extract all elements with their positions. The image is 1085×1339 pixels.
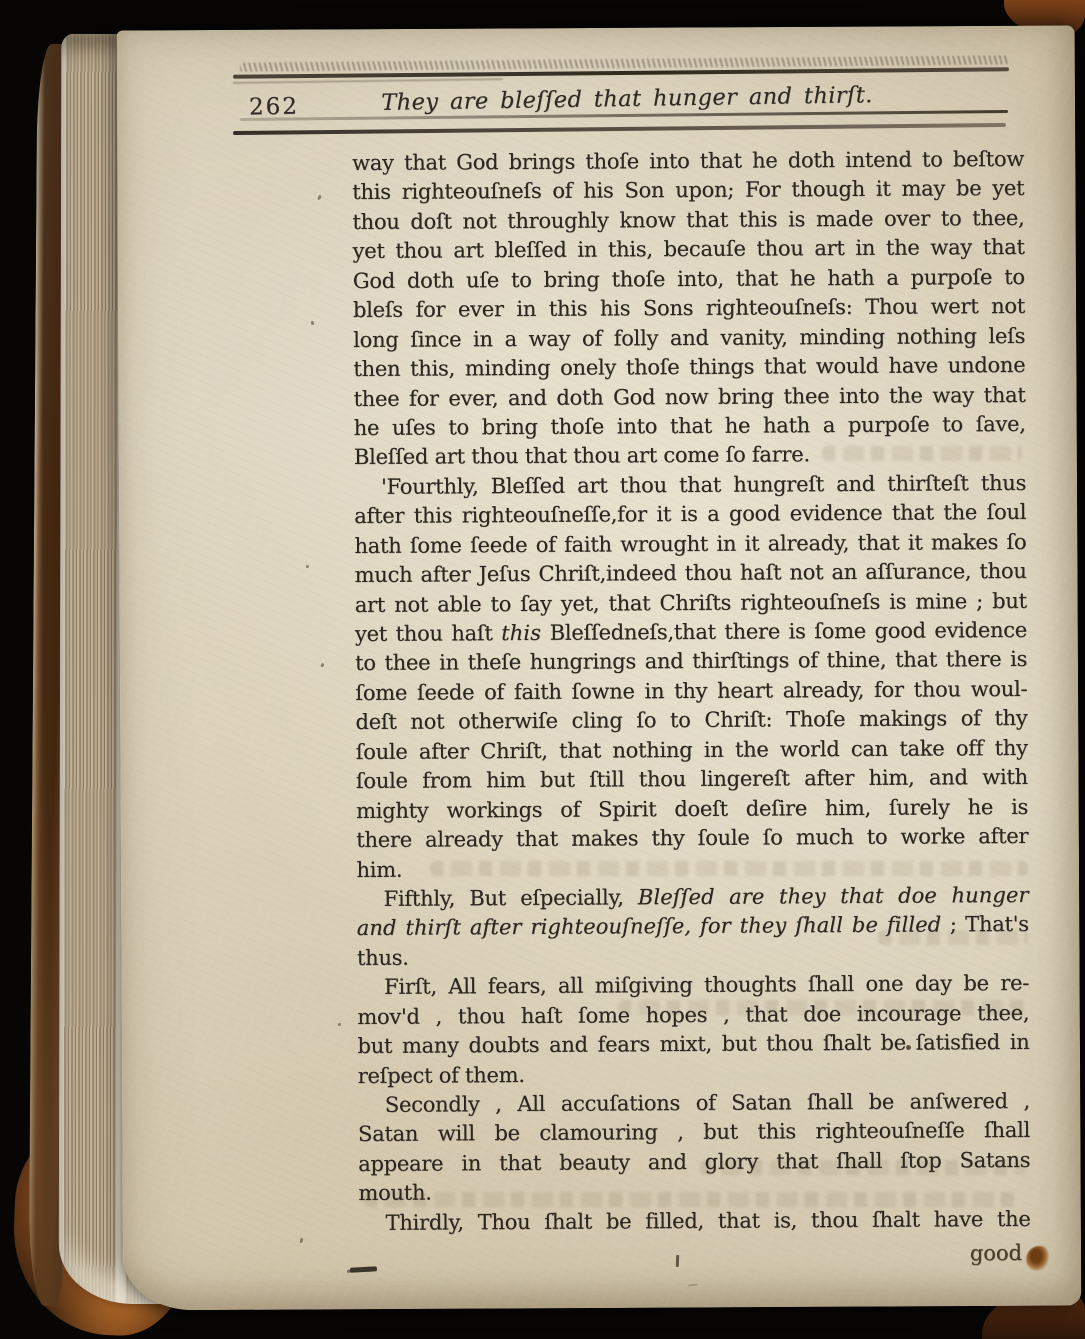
catchword: good [352, 1241, 1022, 1269]
text-segment: Secondly , All accuſations of Satan ſhal… [385, 1089, 1030, 1117]
ink-dot [906, 1045, 911, 1050]
text-line: him. [356, 851, 1028, 885]
text-segment: art not able to ſay yet, that Chriſts ri… [355, 588, 1027, 616]
text-segment: God doth uſe to bring thoſe into, that h… [353, 265, 1025, 293]
text-line: hath ſome ſeede of faith wrought in it a… [354, 528, 1026, 562]
text-line: and thirſt after righteouſneſſe, for the… [357, 910, 1029, 944]
text-segment: Bleſſedneſs,that there is ſome good evid… [541, 618, 1027, 645]
text-line: Fifthly, But eſpecially, Bleſſed are the… [356, 881, 1028, 915]
text-line: but many doubts and fears mixt, but thou… [357, 1028, 1029, 1062]
text-line: art not able to ſay yet, that Chriſts ri… [355, 586, 1027, 620]
text-segment: way that God brings thoſe into that he d… [352, 147, 1024, 175]
text-segment: Thirdly, Thou ſhalt be filled, that is, … [385, 1207, 1030, 1235]
text-segment: 'Fourthly, Bleſſed art thou that hungreſ… [381, 471, 1026, 499]
text-segment: this righteouſneſs of his Son upon; For … [352, 176, 1024, 204]
text-line: after this righteouſneſſe,for it is a go… [354, 498, 1026, 532]
text-line: thus. [357, 940, 1029, 974]
text-segment: much after Jeſus Chriſt,indeed thou haſt… [355, 559, 1027, 587]
text-line: 'Fourthly, Bleſſed art thou that hungreſ… [354, 469, 1026, 503]
text-line: much after Jeſus Chriſt,indeed thou haſt… [355, 557, 1027, 591]
text-line: Firſt, All fears, all miſgiving thoughts… [357, 969, 1029, 1003]
text-line: bleſs for ever in this his Sons righteou… [353, 292, 1025, 326]
text-segment: ; That's [941, 912, 1029, 937]
text-segment: appeare in that beauty and glory that ſh… [358, 1148, 1030, 1176]
text-line: yet thou art bleſſed in this, becauſe th… [353, 233, 1025, 267]
text-segment: mighty workings of Spirit doeſt deſire h… [356, 795, 1028, 823]
text-segment: thou doſt not throughly know that this i… [352, 206, 1024, 234]
text-segment: thus. [357, 945, 409, 969]
text-line: ſome ſeede of faith ſowne in thy heart a… [355, 675, 1027, 709]
text-segment: ſome ſeede of faith ſowne in thy heart a… [355, 677, 1027, 705]
italic-text-segment: and thirſt after righteouſneſſe, for the… [357, 913, 942, 941]
text-line: ſoule from him but ſtill thou lingereſt … [356, 763, 1028, 797]
book-photograph: 262 They are bleſſed that hunger and thi… [0, 0, 1085, 1339]
text-line: deſt not otherwiſe cling ſo to Chriſt: T… [355, 704, 1027, 738]
text-line: Satan will be clamouring , but this righ… [358, 1116, 1030, 1150]
text-line: ſoule after Chriſt, that nothing in the … [356, 734, 1028, 768]
text-line: there already that makes thy ſoule ſo mu… [356, 822, 1028, 856]
text-line: he uſes to bring thoſe into that he hath… [354, 410, 1026, 444]
text-line: to thee in theſe hungrings and thirſting… [355, 645, 1027, 679]
text-line: way that God brings thoſe into that he d… [352, 145, 1024, 179]
text-segment: reſpect of them. [358, 1063, 525, 1088]
text-segment: he uſes to bring thoſe into that he hath… [354, 412, 1026, 440]
text-segment: mouth. [358, 1181, 431, 1205]
text-segment: ſoule after Chriſt, that nothing in the … [356, 736, 1028, 764]
text-line: this righteouſneſs of his Son upon; For … [352, 174, 1024, 208]
text-segment: Fifthly, But eſpecially, [384, 885, 638, 911]
text-segment: then this, minding onely thoſe things th… [353, 353, 1025, 381]
text-line: mouth. [358, 1175, 1030, 1209]
text-segment: deſt not otherwiſe cling ſo to Chriſt: T… [355, 706, 1027, 734]
text-segment: hath ſome ſeede of faith wrought in it a… [354, 530, 1026, 558]
text-segment: him. [356, 857, 402, 881]
text-segment: after this righteouſneſſe,for it is a go… [354, 500, 1026, 528]
text-segment: ſoule from him but ſtill thou lingereſt … [356, 765, 1028, 793]
text-segment: thee for ever, and doth God now bring th… [353, 382, 1025, 410]
text-segment: yet thou art bleſſed in this, becauſe th… [353, 235, 1025, 263]
italic-text-segment: Bleſſed are they that doe hunger [638, 883, 1029, 909]
text-line: thou doſt not throughly know that this i… [352, 204, 1024, 238]
ink-tick-mark [676, 1255, 679, 1267]
italic-text-segment: this [501, 621, 541, 645]
text-segment: bleſs for ever in this his Sons righteou… [353, 294, 1025, 322]
text-line: Bleſſed art thou that thou art come ſo f… [354, 439, 1026, 473]
text-segment: mov'd , thou haſt ſome hopes , that doe … [357, 1001, 1029, 1029]
text-segment: yet thou haſt [355, 621, 501, 646]
text-segment: but many doubts and fears mixt, but thou… [357, 1030, 1029, 1058]
text-segment: Bleſſed art thou that thou art come ſo f… [354, 443, 810, 470]
text-segment: long ſince in a way of folly and vanity,… [353, 324, 1025, 352]
text-line: God doth uſe to bring thoſe into, that h… [353, 263, 1025, 297]
text-line: then this, minding onely thoſe things th… [353, 351, 1025, 385]
text-line: mighty workings of Spirit doeſt deſire h… [356, 793, 1028, 827]
text-line: Secondly , All accuſations of Satan ſhal… [358, 1087, 1030, 1121]
text-segment: Firſt, All fears, all miſgiving thoughts… [384, 971, 1029, 999]
text-segment: to thee in theſe hungrings and thirſting… [355, 647, 1027, 675]
text-line: thee for ever, and doth God now bring th… [353, 380, 1025, 414]
text-line: Thirdly, Thou ſhalt be filled, that is, … [358, 1205, 1030, 1239]
text-line: reſpect of them. [358, 1057, 1030, 1091]
text-line: yet thou haſt this Bleſſedneſs,that ther… [355, 616, 1027, 650]
text-segment: there already that makes thy ſoule ſo mu… [356, 824, 1028, 852]
text-line: appeare in that beauty and glory that ſh… [358, 1146, 1030, 1180]
text-segment: Satan will be clamouring , but this righ… [358, 1118, 1030, 1146]
text-block: way that God brings thoſe into that he d… [352, 145, 1031, 1238]
text-line: long ſince in a way of folly and vanity,… [353, 322, 1025, 356]
text-line: mov'd , thou haſt ſome hopes , that doe … [357, 999, 1029, 1033]
